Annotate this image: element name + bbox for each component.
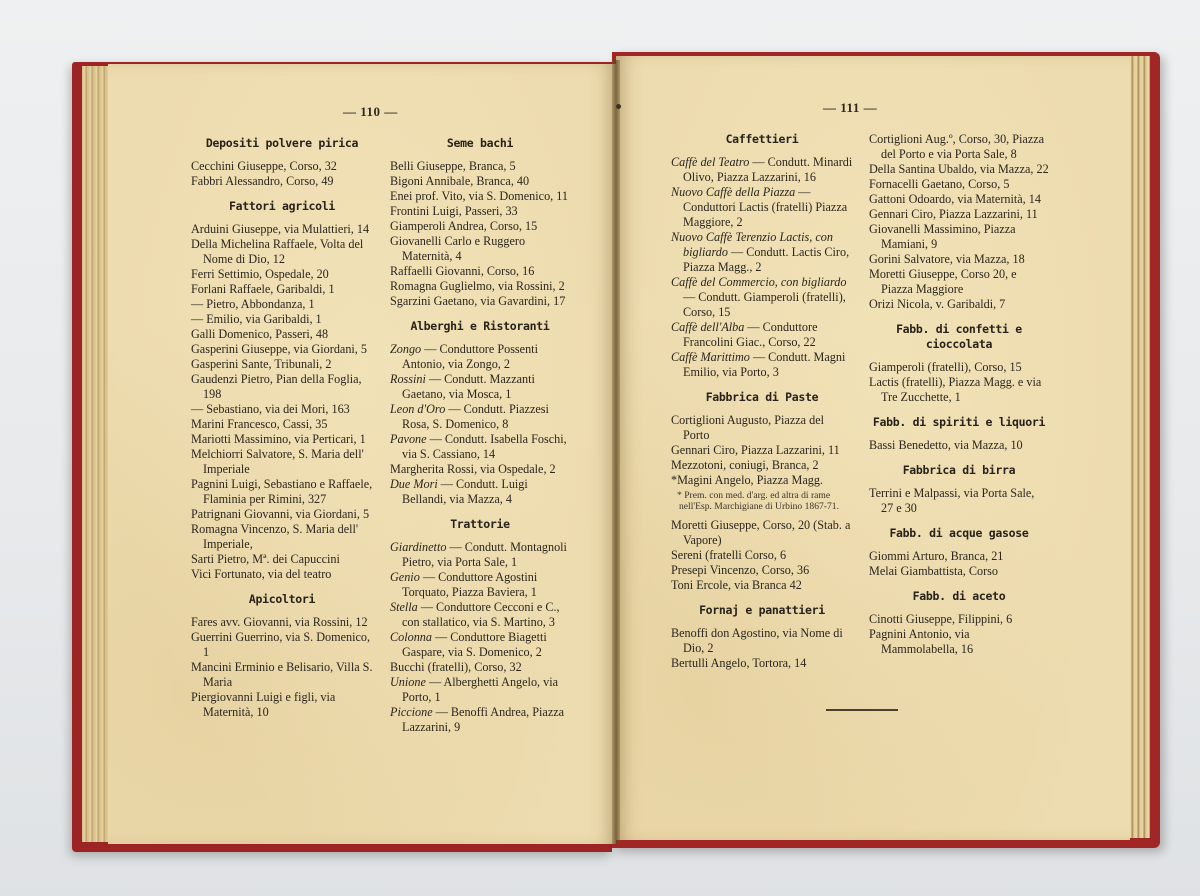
business-name: Nuovo Caffè della Piazza: [671, 185, 795, 199]
directory-entry: Due Mori — Condutt. Luigi Bellandi, via …: [390, 477, 570, 507]
directory-entry: Gasperini Giuseppe, via Giordani, 5: [191, 342, 373, 357]
business-name: Pavone: [390, 432, 427, 446]
directory-entry: Margherita Rossi, via Ospedale, 2: [390, 462, 570, 477]
directory-entry: Della Michelina Raffaele, Volta del Nome…: [191, 237, 373, 267]
entry-details: — Conduttore Cecconi e C., con stallatic…: [402, 600, 560, 629]
directory-entry: Romagna Guglielmo, via Rossini, 2: [390, 279, 570, 294]
business-name: Caffè Marittimo: [671, 350, 750, 364]
business-name: Colonna: [390, 630, 432, 644]
business-name: Giardinetto: [390, 540, 446, 554]
directory-entry: — Emilio, via Garibaldi, 1: [191, 312, 373, 327]
business-name: Stella: [390, 600, 418, 614]
directory-entry: Pagnini Antonio, via Mammolabella, 16: [869, 627, 1049, 657]
business-name: Caffè del Teatro: [671, 155, 749, 169]
directory-entry: Cecchini Giuseppe, Corso, 32: [191, 159, 373, 174]
directory-entry: Gennari Ciro, Piazza Lazzarini, 11: [671, 443, 853, 458]
directory-entry: Sarti Pietro, Mª. dei Capuccini: [191, 552, 373, 567]
section-heading: Fabb. di acque gasose: [869, 526, 1049, 541]
directory-entry: Orizi Nicola, v. Garibaldi, 7: [869, 297, 1049, 312]
directory-entry: Rossini — Condutt. Mazzanti Gaetano, via…: [390, 372, 570, 402]
directory-entry: Gennari Ciro, Piazza Lazzarini, 11: [869, 207, 1049, 222]
section-heading: Alberghi e Ristoranti: [390, 319, 570, 334]
directory-entry: Giommi Arturo, Branca, 21: [869, 549, 1049, 564]
page-number-right: — 111 —: [823, 100, 877, 116]
section-heading: Fabb. di aceto: [869, 589, 1049, 604]
directory-entry: Marini Francesco, Cassi, 35: [191, 417, 373, 432]
column-left-1: Depositi polvere piricaCecchini Giuseppe…: [191, 136, 373, 720]
directory-entry: Cinotti Giuseppe, Filippini, 6: [869, 612, 1049, 627]
directory-entry: Bertulli Angelo, Tortora, 14: [671, 656, 853, 671]
directory-entry: Giovanelli Carlo e Ruggero Maternità, 4: [390, 234, 570, 264]
directory-entry: Sereni (fratelli Corso, 6: [671, 548, 853, 563]
business-name: Caffè del Commercio, con bigliardo: [671, 275, 846, 289]
directory-entry: Stella — Conduttore Cecconi e C., con st…: [390, 600, 570, 630]
business-name: Piccione: [390, 705, 433, 719]
directory-entry: Giardinetto — Condutt. Montagnoli Pietro…: [390, 540, 570, 570]
section-heading: Fornaj e panattieri: [671, 603, 853, 618]
directory-entry: Presepi Vincenzo, Corso, 36: [671, 563, 853, 578]
section-heading: Depositi polvere pirica: [191, 136, 373, 151]
directory-entry: Nuovo Caffè della Piazza — Conduttori La…: [671, 185, 853, 230]
directory-entry: Unione — Alberghetti Angelo, via Porto, …: [390, 675, 570, 705]
section-heading: Fabb. di spiriti e liquori: [869, 415, 1049, 430]
directory-entry: Terrini e Malpassi, via Porta Sale, 27 e…: [869, 486, 1049, 516]
directory-entry: Belli Giuseppe, Branca, 5: [390, 159, 570, 174]
directory-entry: Forlani Raffaele, Garibaldi, 1: [191, 282, 373, 297]
section-heading: Seme bachi: [390, 136, 570, 151]
directory-entry: Giamperoli Andrea, Corso, 15: [390, 219, 570, 234]
directory-entry: Caffè del Commercio, con bigliardo — Con…: [671, 275, 853, 320]
business-name: Caffè dell'Alba: [671, 320, 744, 334]
directory-entry: Bucchi (fratelli), Corso, 32: [390, 660, 570, 675]
directory-entry: Romagna Vincenzo, S. Maria dell' Imperia…: [191, 522, 373, 552]
directory-entry: Caffè Marittimo — Condutt. Magni Emilio,…: [671, 350, 853, 380]
directory-entry: *Magini Angelo, Piazza Magg.: [671, 473, 853, 488]
directory-entry: Genio — Conduttore Agostini Torquato, Pi…: [390, 570, 570, 600]
directory-entry: Pagnini Luigi, Sebastiano e Raffaele, Fl…: [191, 477, 373, 507]
column-right-1: CaffettieriCaffè del Teatro — Condutt. M…: [671, 132, 853, 671]
directory-entry: Gattoni Odoardo, via Maternità, 14: [869, 192, 1049, 207]
directory-entry: Fares avv. Giovanni, via Rossini, 12: [191, 615, 373, 630]
column-left-2: Seme bachiBelli Giuseppe, Branca, 5Bigon…: [390, 136, 570, 735]
directory-entry: Nuovo Caffè Terenzio Lactis, con bigliar…: [671, 230, 853, 275]
business-name: Zongo: [390, 342, 421, 356]
directory-entry: Pavone — Condutt. Isabella Foschi, via S…: [390, 432, 570, 462]
directory-entry: Fornacelli Gaetano, Corso, 5: [869, 177, 1049, 192]
directory-entry: Colonna — Conduttore Biagetti Gaspare, v…: [390, 630, 570, 660]
business-name: Leon d'Oro: [390, 402, 445, 416]
directory-entry: Gasperini Sante, Tribunali, 2: [191, 357, 373, 372]
business-name: Unione: [390, 675, 426, 689]
binding-pin: [616, 104, 621, 109]
directory-entry: Enei prof. Vito, via S. Domenico, 11: [390, 189, 570, 204]
directory-entry: Benoffi don Agostino, via Nome di Dio, 2: [671, 626, 853, 656]
directory-entry: Mariotti Massimino, via Perticari, 1: [191, 432, 373, 447]
directory-entry: Guerrini Guerrino, via S. Domenico, 1: [191, 630, 373, 660]
directory-entry: Fabbri Alessandro, Corso, 49: [191, 174, 373, 189]
business-name: Genio: [390, 570, 420, 584]
directory-entry: Arduini Giuseppe, via Mulattieri, 14: [191, 222, 373, 237]
directory-entry: Moretti Giuseppe, Corso, 20 (Stab. a Vap…: [671, 518, 853, 548]
directory-entry: Frontini Luigi, Passeri, 33: [390, 204, 570, 219]
footnote: * Prem. con med. d'arg. ed altra di rame…: [671, 490, 853, 512]
directory-entry: Piccione — Benoffi Andrea, Piazza Lazzar…: [390, 705, 570, 735]
directory-entry: Giovanelli Massimino, Piazza Mamiani, 9: [869, 222, 1049, 252]
directory-entry: Cortiglioni Augusto, Piazza del Porto: [671, 413, 853, 443]
entry-details: — Condutt. Isabella Foschi, via S. Cassi…: [402, 432, 567, 461]
directory-entry: Mezzotoni, coniugi, Branca, 2: [671, 458, 853, 473]
directory-entry: Raffaelli Giovanni, Corso, 16: [390, 264, 570, 279]
entry-details: — Condutt. Giamperoli (fratelli), Corso,…: [683, 290, 846, 319]
directory-entry: Della Santina Ubaldo, via Mazza, 22: [869, 162, 1049, 177]
page-number-left: — 110 —: [343, 104, 398, 120]
section-heading: Fabbrica di Paste: [671, 390, 853, 405]
section-heading: Trattorie: [390, 517, 570, 532]
directory-entry: Zongo — Conduttore Possenti Antonio, via…: [390, 342, 570, 372]
directory-entry: Piergiovanni Luigi e figli, via Maternit…: [191, 690, 373, 720]
directory-entry: Melai Giambattista, Corso: [869, 564, 1049, 579]
page-edges-right: [1128, 56, 1150, 838]
directory-entry: Vici Fortunato, via del teatro: [191, 567, 373, 582]
business-name: Due Mori: [390, 477, 438, 491]
section-heading: Fabb. di confetti e cioccolata: [869, 322, 1049, 352]
directory-entry: Lactis (fratelli), Piazza Magg. e via Tr…: [869, 375, 1049, 405]
entry-details: — Alberghetti Angelo, via Porto, 1: [402, 675, 558, 704]
directory-entry: Cortiglioni Aug.º, Corso, 30, Piazza del…: [869, 132, 1049, 162]
directory-entry: Patrignani Giovanni, via Giordani, 5: [191, 507, 373, 522]
directory-entry: Moretti Giuseppe, Corso 20, e Piazza Mag…: [869, 267, 1049, 297]
directory-entry: Leon d'Oro — Condutt. Piazzesi Rosa, S. …: [390, 402, 570, 432]
business-name: Rossini: [390, 372, 426, 386]
directory-entry: Melchiorri Salvatore, S. Maria dell' Imp…: [191, 447, 373, 477]
section-heading: Fabbrica di birra: [869, 463, 1049, 478]
column-right-2: Cortiglioni Aug.º, Corso, 30, Piazza del…: [869, 132, 1049, 657]
directory-entry: Sgarzini Gaetano, via Gavardini, 17: [390, 294, 570, 309]
directory-entry: Bigoni Annibale, Branca, 40: [390, 174, 570, 189]
open-book: — 110 — — 111 — Depositi polvere piricaC…: [0, 0, 1200, 896]
directory-entry: — Pietro, Abbondanza, 1: [191, 297, 373, 312]
directory-entry: Mancini Erminio e Belisario, Villa S. Ma…: [191, 660, 373, 690]
directory-entry: Caffè del Teatro — Condutt. Minardi Oliv…: [671, 155, 853, 185]
section-heading: Fattori agricoli: [191, 199, 373, 214]
directory-entry: — Sebastiano, via dei Mori, 163: [191, 402, 373, 417]
section-heading: Apicoltori: [191, 592, 373, 607]
directory-entry: Ferri Settimio, Ospedale, 20: [191, 267, 373, 282]
entry-details: — Conduttore Possenti Antonio, via Zongo…: [402, 342, 538, 371]
directory-entry: Gaudenzi Pietro, Pian della Foglia, 198: [191, 372, 373, 402]
section-heading: Caffettieri: [671, 132, 853, 147]
directory-entry: Toni Ercole, via Branca 42: [671, 578, 853, 593]
entry-details: — Conduttore Agostini Torquato, Piazza B…: [402, 570, 537, 599]
end-rule: [826, 709, 898, 711]
directory-entry: Gorini Salvatore, via Mazza, 18: [869, 252, 1049, 267]
directory-entry: Giamperoli (fratelli), Corso, 15: [869, 360, 1049, 375]
directory-entry: Bassi Benedetto, via Mazza, 10: [869, 438, 1049, 453]
book-gutter: [612, 60, 620, 844]
directory-entry: Galli Domenico, Passeri, 48: [191, 327, 373, 342]
directory-entry: Caffè dell'Alba — Conduttore Francolini …: [671, 320, 853, 350]
